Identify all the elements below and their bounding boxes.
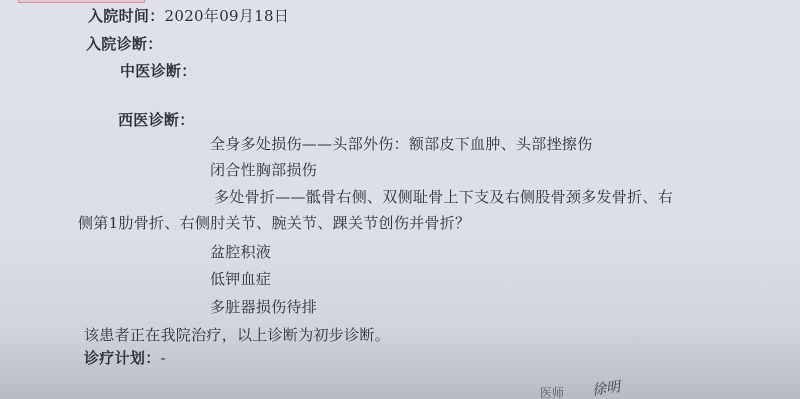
diagnosis-item: 低钾血症 xyxy=(210,269,271,289)
diagnosis-item: 多处骨折——骶骨右侧、双侧耻骨上下支及右侧股骨颈多发骨折、右 xyxy=(214,187,673,207)
diagnosis-item: 盆腔积液 xyxy=(210,242,271,262)
treatment-plan-value: - xyxy=(161,349,166,367)
admission-time-row: 入院时间：2020年09月18日 xyxy=(88,6,289,26)
diagnosis-item: 闭合性胸部损伤 xyxy=(210,160,317,180)
signature-label: 医师 xyxy=(540,384,564,399)
diagnosis-item: 多脏器损伤待排 xyxy=(210,297,317,317)
tcm-diagnosis-label: 中医诊断： xyxy=(120,61,197,81)
treatment-plan-label: 诊疗计划： xyxy=(84,349,161,367)
admission-time-label: 入院时间： xyxy=(88,7,165,25)
handwritten-signature: 徐明 xyxy=(591,376,622,399)
treatment-plan-row: 诊疗计划：- xyxy=(84,348,166,368)
diagnosis-item: 全身多处损伤——头部外伤：额部皮下血肿、头部挫擦伤 xyxy=(210,134,593,154)
diagnosis-item-continued: 侧第1肋骨折、右侧肘关节、腕关节、踝关节创伤并骨折？ xyxy=(78,213,470,233)
western-diagnosis-label: 西医诊断： xyxy=(118,110,195,130)
admission-diagnosis-label: 入院诊断： xyxy=(86,34,163,54)
red-header-box xyxy=(18,0,145,3)
preliminary-statement: 该患者正在我院治疗，以上诊断为初步诊断。 xyxy=(84,325,390,345)
admission-time-value: 2020年09月18日 xyxy=(165,7,290,25)
